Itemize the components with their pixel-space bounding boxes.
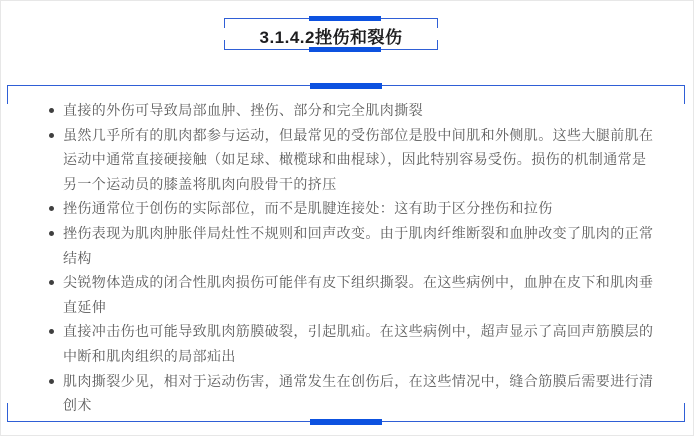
- title-corner-tick-bottom-left: [224, 40, 225, 49]
- content-corner-tick-top-right: [684, 86, 685, 104]
- content-bottom-accent-bar: [310, 419, 382, 425]
- bullet-text: 肌肉撕裂少见，相对于运动伤害，通常发生在创伤后，在这些情况中，缝合筋膜后需要进行…: [63, 373, 653, 414]
- content-corner-tick-bottom-left: [7, 403, 8, 421]
- bullet-text: 虽然几乎所有的肌肉都参与运动，但最常见的受伤部位是股中间肌和外侧肌。这些大腿前肌…: [63, 127, 653, 192]
- bullet-dot-icon: [49, 133, 54, 138]
- title-box: 3.1.4.2挫伤和裂伤: [224, 18, 438, 50]
- slide-page: 3.1.4.2挫伤和裂伤 直接的外伤可导致局部血肿、挫伤、部分和完全肌肉撕裂 虽…: [0, 0, 694, 436]
- bullet-dot-icon: [49, 379, 54, 384]
- title-corner-tick-bottom-right: [437, 40, 438, 49]
- bullet-item: 尖锐物体造成的闭合性肌肉损伤可能伴有皮下组织撕裂。在这些病例中，血肿在皮下和肌肉…: [48, 270, 659, 319]
- bullet-dot-icon: [49, 206, 54, 211]
- bullet-dot-icon: [49, 108, 54, 113]
- bullet-item: 虽然几乎所有的肌肉都参与运动，但最常见的受伤部位是股中间肌和外侧肌。这些大腿前肌…: [48, 123, 659, 197]
- content-corner-tick-top-left: [7, 86, 8, 104]
- content-corner-tick-bottom-right: [684, 403, 685, 421]
- page-title: 3.1.4.2挫伤和裂伤: [260, 20, 403, 48]
- bullet-text: 直接冲击伤也可能导致肌肉筋膜破裂，引起肌疝。在这些病例中，超声显示了高回声筋膜层…: [63, 323, 653, 364]
- title-corner-tick-top-right: [437, 19, 438, 28]
- bullet-dot-icon: [49, 231, 54, 236]
- title-top-accent-bar: [309, 16, 381, 21]
- content-top-accent-bar: [310, 83, 382, 89]
- bullet-item: 挫伤表现为肌肉肿胀伴局灶性不规则和回声改变。由于肌肉纤维断裂和血肿改变了肌肉的正…: [48, 221, 659, 270]
- bullet-item: 直接冲击伤也可能导致肌肉筋膜破裂，引起肌疝。在这些病例中，超声显示了高回声筋膜层…: [48, 319, 659, 368]
- bullet-list: 直接的外伤可导致局部血肿、挫伤、部分和完全肌肉撕裂 虽然几乎所有的肌肉都参与运动…: [7, 86, 685, 418]
- bullet-dot-icon: [49, 280, 54, 285]
- bullet-item: 挫伤通常位于创伤的实际部位，而不是肌腱连接处：这有助于区分挫伤和拉伤: [48, 196, 659, 221]
- bullet-text: 挫伤表现为肌肉肿胀伴局灶性不规则和回声改变。由于肌肉纤维断裂和血肿改变了肌肉的正…: [63, 225, 653, 266]
- bullet-text: 挫伤通常位于创伤的实际部位，而不是肌腱连接处：这有助于区分挫伤和拉伤: [63, 200, 553, 216]
- title-bottom-accent-bar: [309, 47, 381, 52]
- title-corner-tick-top-left: [224, 19, 225, 28]
- bullet-dot-icon: [49, 329, 54, 334]
- content-box: 直接的外伤可导致局部血肿、挫伤、部分和完全肌肉撕裂 虽然几乎所有的肌肉都参与运动…: [7, 85, 685, 422]
- bullet-item: 肌肉撕裂少见，相对于运动伤害，通常发生在创伤后，在这些情况中，缝合筋膜后需要进行…: [48, 369, 659, 418]
- bullet-text: 尖锐物体造成的闭合性肌肉损伤可能伴有皮下组织撕裂。在这些病例中，血肿在皮下和肌肉…: [63, 274, 653, 315]
- bullet-item: 直接的外伤可导致局部血肿、挫伤、部分和完全肌肉撕裂: [48, 98, 659, 123]
- bullet-text: 直接的外伤可导致局部血肿、挫伤、部分和完全肌肉撕裂: [63, 102, 423, 118]
